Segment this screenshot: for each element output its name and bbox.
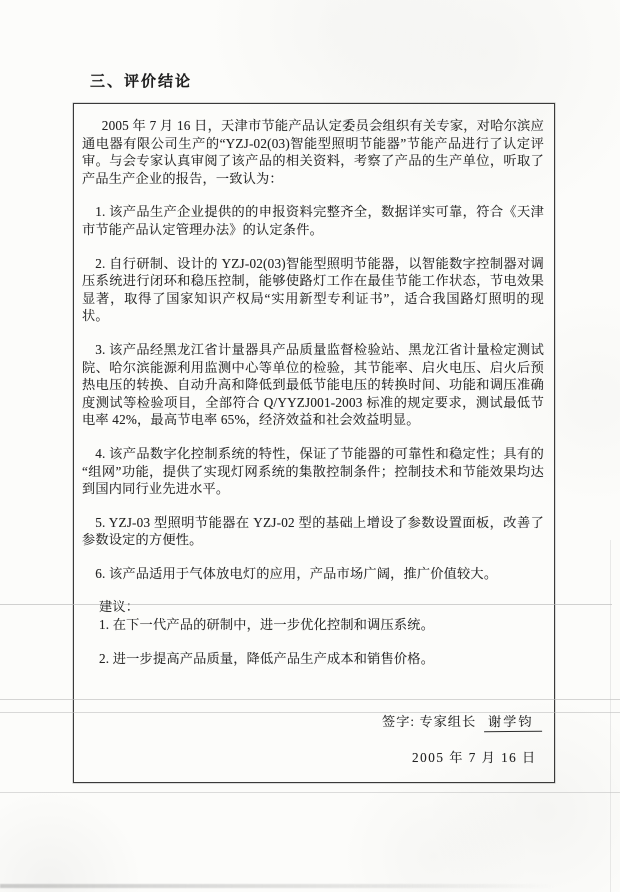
conclusion-body: 2005 年 7 月 16 日，天津市节能产品认定委员会组织有关专家，对哈尔滨应… (82, 117, 544, 667)
scan-artifact-line (0, 699, 620, 700)
finding-paragraph: 2. 自行研制、设计的 YZJ-02(03)智能型照明节能器，以智能数字控制器对… (82, 255, 544, 325)
suggestion-item: 2. 进一步提高产品质量，降低产品生产成本和销售价格。 (99, 650, 544, 668)
conclusion-border-box: 2005 年 7 月 16 日，天津市节能产品认定委员会组织有关专家，对哈尔滨应… (73, 103, 555, 783)
signature-block: 签字: 专家组长 谢学钧 2005 年 7 月 16 日 (382, 711, 542, 766)
signature-line: 签字: 专家组长 谢学钧 (382, 711, 542, 732)
section-heading: 三、评价结论 (90, 70, 192, 91)
signature-label: 签字: 专家组长 (382, 714, 476, 729)
signature-name-handwritten: 谢学钧 (484, 711, 542, 733)
finding-paragraph: 6. 该产品适用于气体放电灯的应用，产品市场广阔，推广价值较大。 (82, 565, 544, 583)
scan-artifact-band (0, 884, 555, 888)
scan-artifact-line (0, 712, 620, 713)
finding-paragraph: 3. 该产品经黑龙江省计量器具产品质量监督检验站、黑龙江省计量检定测试院、哈尔滨… (82, 341, 544, 429)
scan-artifact-line (0, 604, 612, 605)
suggestions-label: 建议： (99, 598, 544, 616)
scan-artifact-line (0, 792, 620, 793)
finding-paragraph: 5. YZJ-03 型照明节能器在 YZJ-02 型的基础上增设了参数设置面板，… (82, 514, 544, 549)
suggestions-section: 建议： 1. 在下一代产品的研制中，进一步优化控制和调压系统。 2. 进一步提高… (99, 598, 544, 667)
finding-paragraph: 1. 该产品生产企业提供的的申报资料完整齐全，数据详实可靠，符合《天津市节能产品… (82, 203, 544, 238)
suggestion-item: 1. 在下一代产品的研制中，进一步优化控制和调压系统。 (99, 616, 544, 634)
paper-fold-line (610, 540, 611, 892)
intro-paragraph: 2005 年 7 月 16 日，天津市节能产品认定委员会组织有关专家，对哈尔滨应… (82, 117, 544, 187)
scanned-document-page: 三、评价结论 2005 年 7 月 16 日，天津市节能产品认定委员会组织有关专… (0, 0, 620, 892)
finding-paragraph: 4. 该产品数字化控制系统的特性，保证了节能器的可靠性和稳定性；具有的“组网”功… (82, 445, 544, 498)
signature-date: 2005 年 7 月 16 日 (412, 747, 542, 766)
